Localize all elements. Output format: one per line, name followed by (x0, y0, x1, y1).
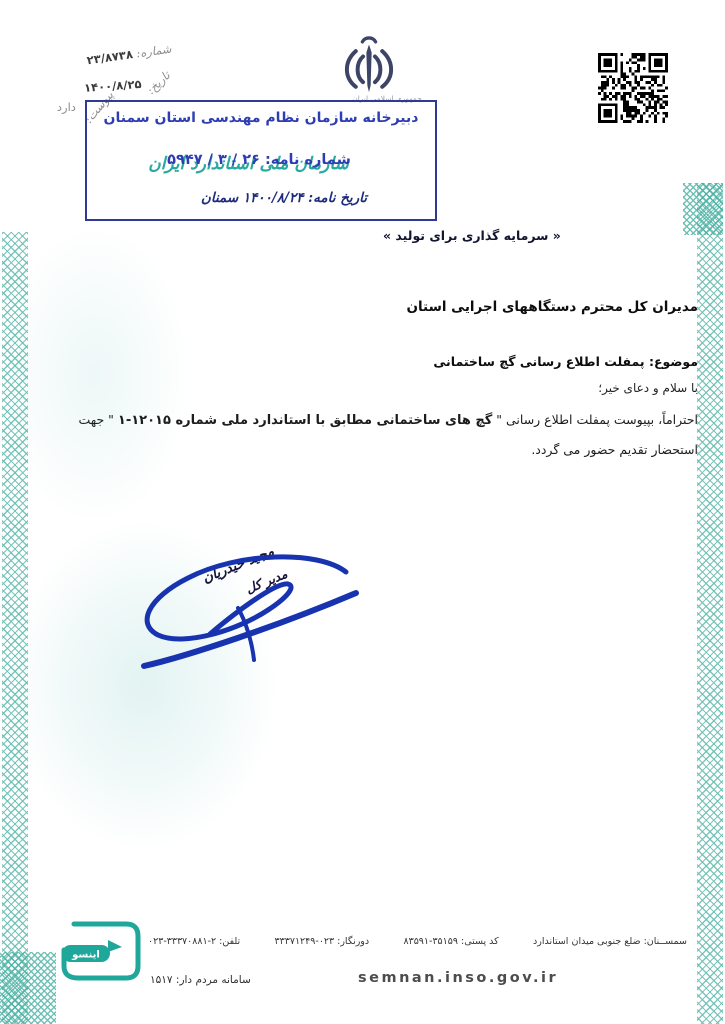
paragraph-pre: احتراماً، بپیوست پمفلت اطلاع رسانی " (492, 412, 698, 427)
stamp-date-line: تاریخ نامه: ۱۴۰۰/۸/۲۴ سمنان (147, 190, 421, 206)
stamp-number-label: شماره نامه: (265, 152, 351, 168)
salutation-line: با سلام و دعای خیر؛ (60, 381, 698, 395)
recipient-line: مدیران کل محترم دستگاههای اجرایی استان (60, 299, 698, 315)
inso-logo-text: اینسو (71, 950, 100, 961)
letter-date-label: تاریخ: (144, 68, 173, 97)
stamp-number-line: شماره نامه: ۵۹۴۷ / ۳ / ۲۶ (101, 152, 417, 168)
qr-code (598, 53, 668, 123)
stamp-org-line: دبیرخانه سازمان نظام مهندسی استان سمنان (97, 110, 425, 126)
border-pattern-right (697, 183, 723, 1024)
footer-website: semnan.inso.gov.ir (358, 970, 558, 986)
attachment-value: دارد (57, 100, 76, 114)
stamp-date-suffix: سمنان (201, 190, 238, 206)
letter-number-line: شماره: ۲۳/۸۷۳۸ (22, 42, 172, 77)
receipt-stamp-box: سازمان ملی استاندارد ایران دبیرخانه سازم… (85, 100, 437, 221)
slogan: « سرمایه گذاری برای تولید » (383, 228, 643, 243)
border-corner-top-right (683, 183, 723, 235)
footer-address: سمســنان: ضلع جنوبی میدان استاندارد (533, 936, 687, 947)
footer-phone: تلفن: ۲-۳۳۳۷۰۸۸۱-۰۲۳ (148, 936, 240, 947)
body-paragraph: احتراماً، بپیوست پمفلت اطلاع رسانی " گچ … (60, 406, 698, 465)
letter-date-line: تاریخ: ۱۴۰۰/۸/۲۵ (22, 75, 173, 99)
footer-contact-row: تلفن: ۲-۳۳۳۷۰۸۸۱-۰۲۳ دورنگار: ۰۲۳-۳۳۳۷۱۲… (148, 936, 687, 947)
subject-line: موضوع: پمفلت اطلاع رسانی گچ ساختمانی (60, 354, 698, 369)
footer-fax: دورنگار: ۰۲۳-۳۳۳۷۱۲۴۹ (275, 936, 370, 947)
letter-number-label: شماره: (135, 42, 172, 61)
watermark-pattern (0, 225, 190, 525)
paragraph-bold-standard: گچ های ساختمانی مطابق با استاندارد ملی ش… (118, 413, 492, 428)
stamp-date-value: ۱۴۰۰/۸/۲۴ (243, 190, 304, 206)
inso-logo: اینسو (58, 920, 142, 984)
national-emblem-icon (336, 34, 402, 100)
letter-page: شماره: ۲۳/۸۷۳۸ تاریخ: ۱۴۰۰/۸/۲۵ پیوست: د… (0, 0, 725, 1024)
stamp-date-label: تاریخ نامه: (308, 190, 367, 206)
letter-number-value: ۲۳/۸۷۳۸ (86, 47, 134, 67)
signature-block: مجید حیدریان مدیر کل (118, 538, 368, 698)
stamp-number-value: ۵۹۴۷ / ۳ / ۲۶ (167, 152, 260, 168)
footer-hotline: سامانه مردم دار: ۱۵۱۷ (150, 974, 251, 986)
signature-stroke-icon (118, 538, 368, 698)
footer-postal-code: کد پستی: ۳۵۱۵۹-۸۳۵۹۱ (404, 936, 499, 947)
letter-date-value: ۱۴۰۰/۸/۲۵ (84, 77, 142, 95)
border-corner-bottom-left (0, 952, 56, 1024)
